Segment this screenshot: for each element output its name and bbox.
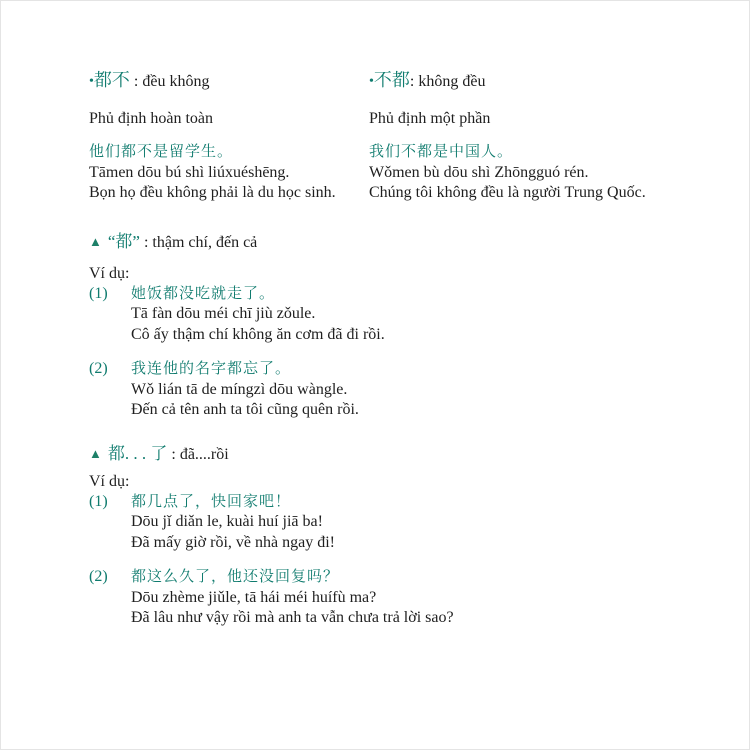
example-chinese: 他们都不是留学生。 [89, 142, 369, 163]
example-vietnamese: Cô ấy thậm chí không ăn cơm đã đi rồi. [131, 325, 709, 346]
term-separator: : [130, 73, 142, 90]
section-chinese-term: “都” [108, 232, 140, 251]
example-row: (1) 都几点了，快回家吧！ Dōu jǐ diǎn le, kuài huí … [89, 492, 709, 554]
example-chinese: 我们不都是中国人。 [369, 142, 709, 163]
textbook-page: •都不 : đều không Phủ định hoàn toàn 他们都不是… [0, 0, 750, 750]
triangle-marker-icon: ▲ [89, 446, 102, 461]
section-dou-thamchi: ▲“都” : thậm chí, đến cả Ví dụ: (1) 她饭都没吃… [89, 231, 709, 421]
example-chinese: 她饭都没吃就走了。 [131, 284, 709, 305]
example-number: (2) [89, 359, 131, 421]
chinese-term: 都不 [94, 70, 130, 90]
example-row: (1) 她饭都没吃就走了。 Tā fàn dōu méi chī jiù zǒu… [89, 284, 709, 346]
example-body: 我连他的名字都忘了。 Wǒ lián tā de míngzì dōu wàng… [131, 359, 709, 421]
example-chinese: 都几点了，快回家吧！ [131, 492, 709, 513]
section-chinese-term: 都. . . 了 [108, 444, 168, 463]
examples-label: Ví dụ: [89, 472, 709, 492]
example-pinyin: Wǒ lián tā de míngzì dōu wàngle. [131, 380, 709, 401]
term-heading-doubu: •都不 : đều không [89, 69, 369, 93]
example-number: (1) [89, 284, 131, 346]
example-pinyin: Wǒmen bù dōu shì Zhōngguó rén. [369, 163, 709, 184]
example-body: 她饭都没吃就走了。 Tā fàn dōu méi chī jiù zǒule. … [131, 284, 709, 346]
example-body: 都这么久了，他还没回复吗？ Dōu zhème jiǔle, tā hái mé… [131, 567, 709, 629]
comparison-column-doubu: •都不 : đều không Phủ định hoàn toàn 他们都不是… [89, 69, 369, 204]
section-separator: : [167, 446, 179, 463]
example-number: (1) [89, 492, 131, 554]
examples-label: Ví dụ: [89, 264, 709, 284]
term-heading-budou: •不都: không đều [369, 69, 709, 93]
term-meaning: đều không [142, 73, 209, 90]
example-vietnamese: Bọn họ đều không phải là du học sinh. [89, 183, 369, 204]
example-pinyin: Tā fàn dōu méi chī jiù zǒule. [131, 304, 709, 325]
section-header: ▲都. . . 了 : đã....rồi [89, 443, 709, 465]
example-row: (2) 我连他的名字都忘了。 Wǒ lián tā de míngzì dōu … [89, 359, 709, 421]
example-number: (2) [89, 567, 131, 629]
term-description: Phủ định một phần [369, 109, 709, 129]
example-block: 我们不都是中国人。 Wǒmen bù dōu shì Zhōngguó rén.… [369, 142, 709, 204]
example-vietnamese: Đến cả tên anh ta tôi cũng quên rồi. [131, 400, 709, 421]
example-block: 他们都不是留学生。 Tāmen dōu bú shì liúxuéshēng. … [89, 142, 369, 204]
section-dou-le: ▲都. . . 了 : đã....rồi Ví dụ: (1) 都几点了，快回… [89, 443, 709, 629]
triangle-marker-icon: ▲ [89, 234, 102, 249]
chinese-term: 不都 [374, 70, 410, 90]
term-description: Phủ định hoàn toàn [89, 109, 369, 129]
example-vietnamese: Đã lâu như vậy rồi mà anh ta vẫn chưa tr… [131, 608, 709, 629]
example-row: (2) 都这么久了，他还没回复吗？ Dōu zhème jiǔle, tā há… [89, 567, 709, 629]
section-meaning: đã....rồi [180, 446, 229, 463]
section-header: ▲“都” : thậm chí, đến cả [89, 231, 709, 253]
example-body: 都几点了，快回家吧！ Dōu jǐ diǎn le, kuài huí jiā … [131, 492, 709, 554]
example-pinyin: Tāmen dōu bú shì liúxuéshēng. [89, 163, 369, 184]
comparison-column-budou: •不都: không đều Phủ định một phần 我们不都是中国… [369, 69, 709, 204]
example-pinyin: Dōu jǐ diǎn le, kuài huí jiā ba! [131, 512, 709, 533]
term-meaning: không đều [418, 73, 485, 90]
example-vietnamese: Đã mấy giờ rồi, về nhà ngay đi! [131, 533, 709, 554]
comparison-block: •都不 : đều không Phủ định hoàn toàn 他们都不是… [89, 69, 709, 204]
example-vietnamese: Chúng tôi không đều là người Trung Quốc. [369, 183, 709, 204]
example-pinyin: Dōu zhème jiǔle, tā hái méi huífù ma? [131, 588, 709, 609]
example-chinese: 都这么久了，他还没回复吗？ [131, 567, 709, 588]
example-chinese: 我连他的名字都忘了。 [131, 359, 709, 380]
section-meaning: thậm chí, đến cả [152, 234, 257, 251]
section-separator: : [140, 234, 152, 251]
